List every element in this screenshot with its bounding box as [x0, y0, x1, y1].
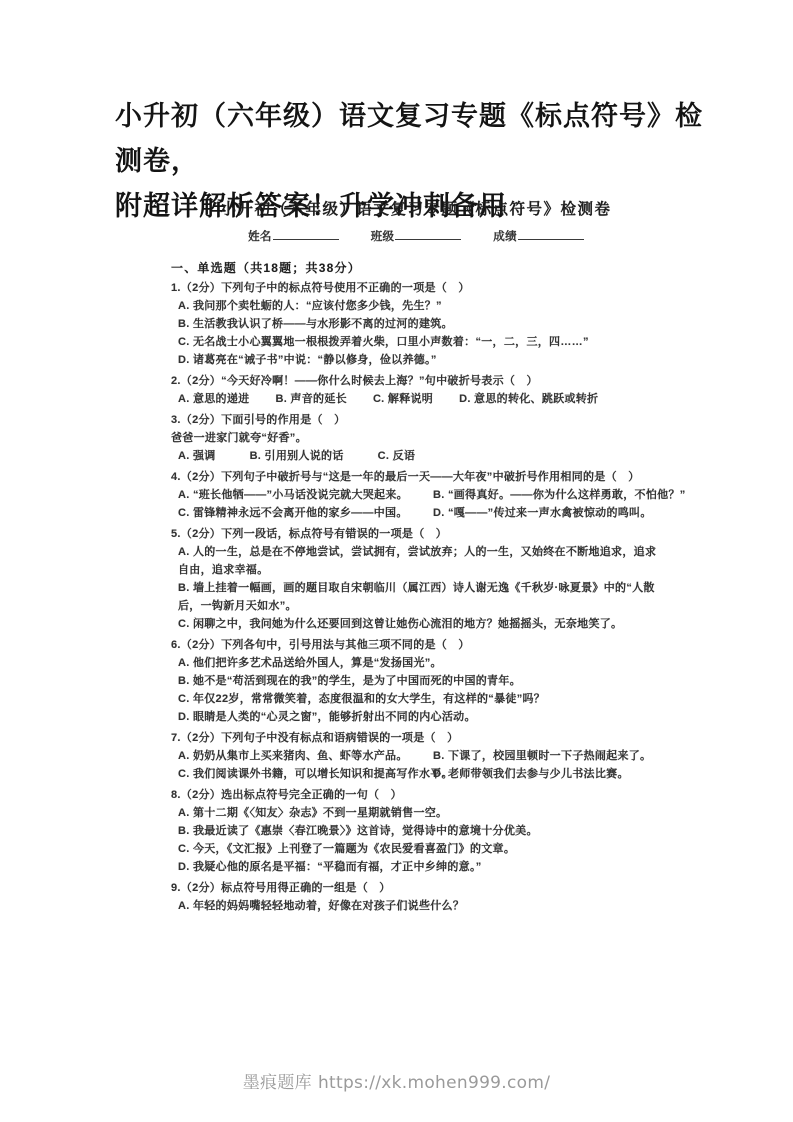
question-stem: 1.（2分）下列句子中的标点符号使用不正确的一项是（ ）: [171, 279, 661, 297]
question-stem: 2.（2分）“今天好冷啊！——你什么时候去上海？”句中破折号表示（ ）: [171, 372, 661, 390]
score-field: 成绩: [493, 228, 584, 244]
name-field-blank: [273, 228, 339, 240]
option: B. 生活教我认识了桥——与水形影不离的过河的建筑。: [171, 315, 661, 333]
option: C. 反语: [378, 447, 416, 465]
site-name: 墨痕题库: [243, 1073, 312, 1093]
question-8: 8.（2分）选出标点符号完全正确的一句（ ） A. 第十二期《〈知友〉杂志》不到…: [171, 786, 661, 876]
question-1: 1.（2分）下列句子中的标点符号使用不正确的一项是（ ） A. 我问那个卖牡蛎的…: [171, 279, 661, 369]
footer: 墨痕题库https://xk.mohen999.com/: [0, 1068, 793, 1093]
option-row: A. “班长他牺——”小马话没说完就大哭起来。 B. “画得真好。——你为什么这…: [171, 486, 661, 504]
option: A. “班长他牺——”小马话没说完就大哭起来。: [178, 486, 433, 504]
option: A. 他们把许多艺术品送给外国人，算是“发扬国光”。: [171, 654, 661, 672]
article-title-line1: 小升初（六年级）语文复习专题《标点符号》检测卷，: [115, 94, 725, 184]
paper-header-fields: 姓名 班级 成绩: [171, 228, 661, 244]
question-context: 爸爸一进家门就夸“好香”。: [171, 429, 661, 447]
score-field-label: 成绩: [493, 231, 517, 243]
option: C. 闲聊之中，我问她为什么还要回到这曾让她伤心流泪的地方？她摇摇头，无奈地笑了…: [171, 615, 661, 633]
question-9: 9.（2分）标点符号用得正确的一组是（ ） A. 年轻的妈妈嘴轻轻地动着，好像在…: [171, 879, 661, 915]
question-4: 4.（2分）下列句子中破折号与“这是一年的最后一天——大年夜”中破折号作用相同的…: [171, 468, 661, 522]
option: C. 雷锋精神永远不会离开他的家乡——中国。: [178, 504, 433, 522]
option: D. 老师带领我们去参与少儿书法比赛。: [433, 765, 629, 783]
option: B. 她不是“苟活到现在的我”的学生，是为了中国而死的中国的青年。: [171, 672, 661, 690]
class-field: 班级: [371, 228, 462, 244]
question-2: 2.（2分）“今天好冷啊！——你什么时候去上海？”句中破折号表示（ ） A. 意…: [171, 372, 661, 408]
question-stem: 6.（2分）下列各句中，引号用法与其他三项不同的是（ ）: [171, 636, 661, 654]
question-3: 3.（2分）下面引号的作用是（ ） 爸爸一进家门就夸“好香”。 A. 强调 B.…: [171, 411, 661, 465]
option: B. 引用别人说的话: [250, 447, 344, 465]
option: B. “画得真好。——你为什么这样勇敢，不怕他？”: [433, 486, 686, 504]
question-stem: 9.（2分）标点符号用得正确的一组是（ ）: [171, 879, 661, 897]
option: C. 今天，《文汇报》上刊登了一篇题为《农民爱看喜盈门》的文章。: [171, 840, 661, 858]
option: C. 年仅22岁，常常微笑着，态度很温和的女大学生，有这样的“暴徒”吗？: [171, 690, 661, 708]
score-field-blank: [518, 228, 584, 240]
option-row: C. 我们阅读课外书籍，可以增长知识和提高写作水平。 D. 老师带领我们去参与少…: [171, 765, 661, 783]
option: A. 我问那个卖牡蛎的人：“应该付您多少钱，先生？”: [171, 297, 661, 315]
question-stem: 7.（2分）下列句子中没有标点和语病错误的一项是（ ）: [171, 729, 661, 747]
option-row: C. 雷锋精神永远不会离开他的家乡——中国。 D. “嘎——”传过来一声水禽被惊…: [171, 504, 661, 522]
option: D. 我疑心他的原名是平福：“平稳而有福，才正中乡绅的意。”: [171, 858, 661, 876]
question-stem: 4.（2分）下列句子中破折号与“这是一年的最后一天——大年夜”中破折号作用相同的…: [171, 468, 661, 486]
question-5: 5.（2分）下列一段话，标点符号有错误的一项是（ ） A. 人的一生，总是在不停…: [171, 525, 661, 633]
option: B. 声音的延长: [275, 390, 346, 408]
option: A. 奶奶从集市上买来猪肉、鱼、虾等水产品。: [178, 747, 433, 765]
option-row: A. 强调 B. 引用别人说的话 C. 反语: [171, 447, 661, 465]
exam-paper-scan: 小升初（六年级）语文复习专题《标点符号》检测卷 姓名 班级 成绩 一、单选题（共…: [171, 197, 661, 915]
option: D. “嘎——”传过来一声水禽被惊动的鸣叫。: [433, 504, 652, 522]
option-row: A. 意思的递进 B. 声音的延长 C. 解释说明 D. 意思的转化、跳跃或转折: [171, 390, 661, 408]
option: C. 解释说明: [373, 390, 433, 408]
section-heading: 一、单选题（共18题；共38分）: [171, 259, 661, 276]
option: A. 年轻的妈妈嘴轻轻地动着，好像在对孩子们说些什么？: [171, 897, 661, 915]
option: C. 无名战士小心翼翼地一根根拨弄着火柴，口里小声数着：“一，二，三，四……”: [171, 333, 661, 351]
class-field-blank: [395, 228, 461, 240]
option: C. 我们阅读课外书籍，可以增长知识和提高写作水平。: [178, 765, 433, 783]
option: D. 意思的转化、跳跃或转折: [459, 390, 598, 408]
option: A. 第十二期《〈知友〉杂志》不到一星期就销售一空。: [171, 804, 661, 822]
paper-title: 小升初（六年级）语文复习专题《标点符号》检测卷: [171, 197, 661, 219]
question-stem: 3.（2分）下面引号的作用是（ ）: [171, 411, 661, 429]
option: D. 诸葛亮在“诫子书”中说：“静以修身，俭以养德。”: [171, 351, 661, 369]
question-stem: 5.（2分）下列一段话，标点符号有错误的一项是（ ）: [171, 525, 661, 543]
option: B. 墙上挂着一幅画，画的题目取自宋朝临川（属江西）诗人谢无逸《千秋岁·咏夏景》…: [171, 579, 661, 615]
option-row: A. 奶奶从集市上买来猪肉、鱼、虾等水产品。 B. 下课了，校园里顿时一下子热闹…: [171, 747, 661, 765]
option: A. 强调: [178, 447, 216, 465]
question-6: 6.（2分）下列各句中，引号用法与其他三项不同的是（ ） A. 他们把许多艺术品…: [171, 636, 661, 726]
name-field: 姓名: [248, 228, 339, 244]
site-url-link[interactable]: https://xk.mohen999.com/: [318, 1073, 550, 1093]
option: B. 下课了，校园里顿时一下子热闹起来了。: [433, 747, 651, 765]
question-stem: 8.（2分）选出标点符号完全正确的一句（ ）: [171, 786, 661, 804]
class-field-label: 班级: [371, 231, 395, 243]
option: A. 人的一生，总是在不停地尝试，尝试拥有，尝试放弃；人的一生，又始终在不断地追…: [171, 543, 661, 579]
option: A. 意思的递进: [178, 390, 249, 408]
option: B. 我最近读了《惠崇〈春江晚景〉》这首诗，觉得诗中的意境十分优美。: [171, 822, 661, 840]
option: D. 眼睛是人类的“心灵之窗”，能够折射出不同的内心活动。: [171, 708, 661, 726]
question-7: 7.（2分）下列句子中没有标点和语病错误的一项是（ ） A. 奶奶从集市上买来猪…: [171, 729, 661, 783]
name-field-label: 姓名: [248, 231, 272, 243]
